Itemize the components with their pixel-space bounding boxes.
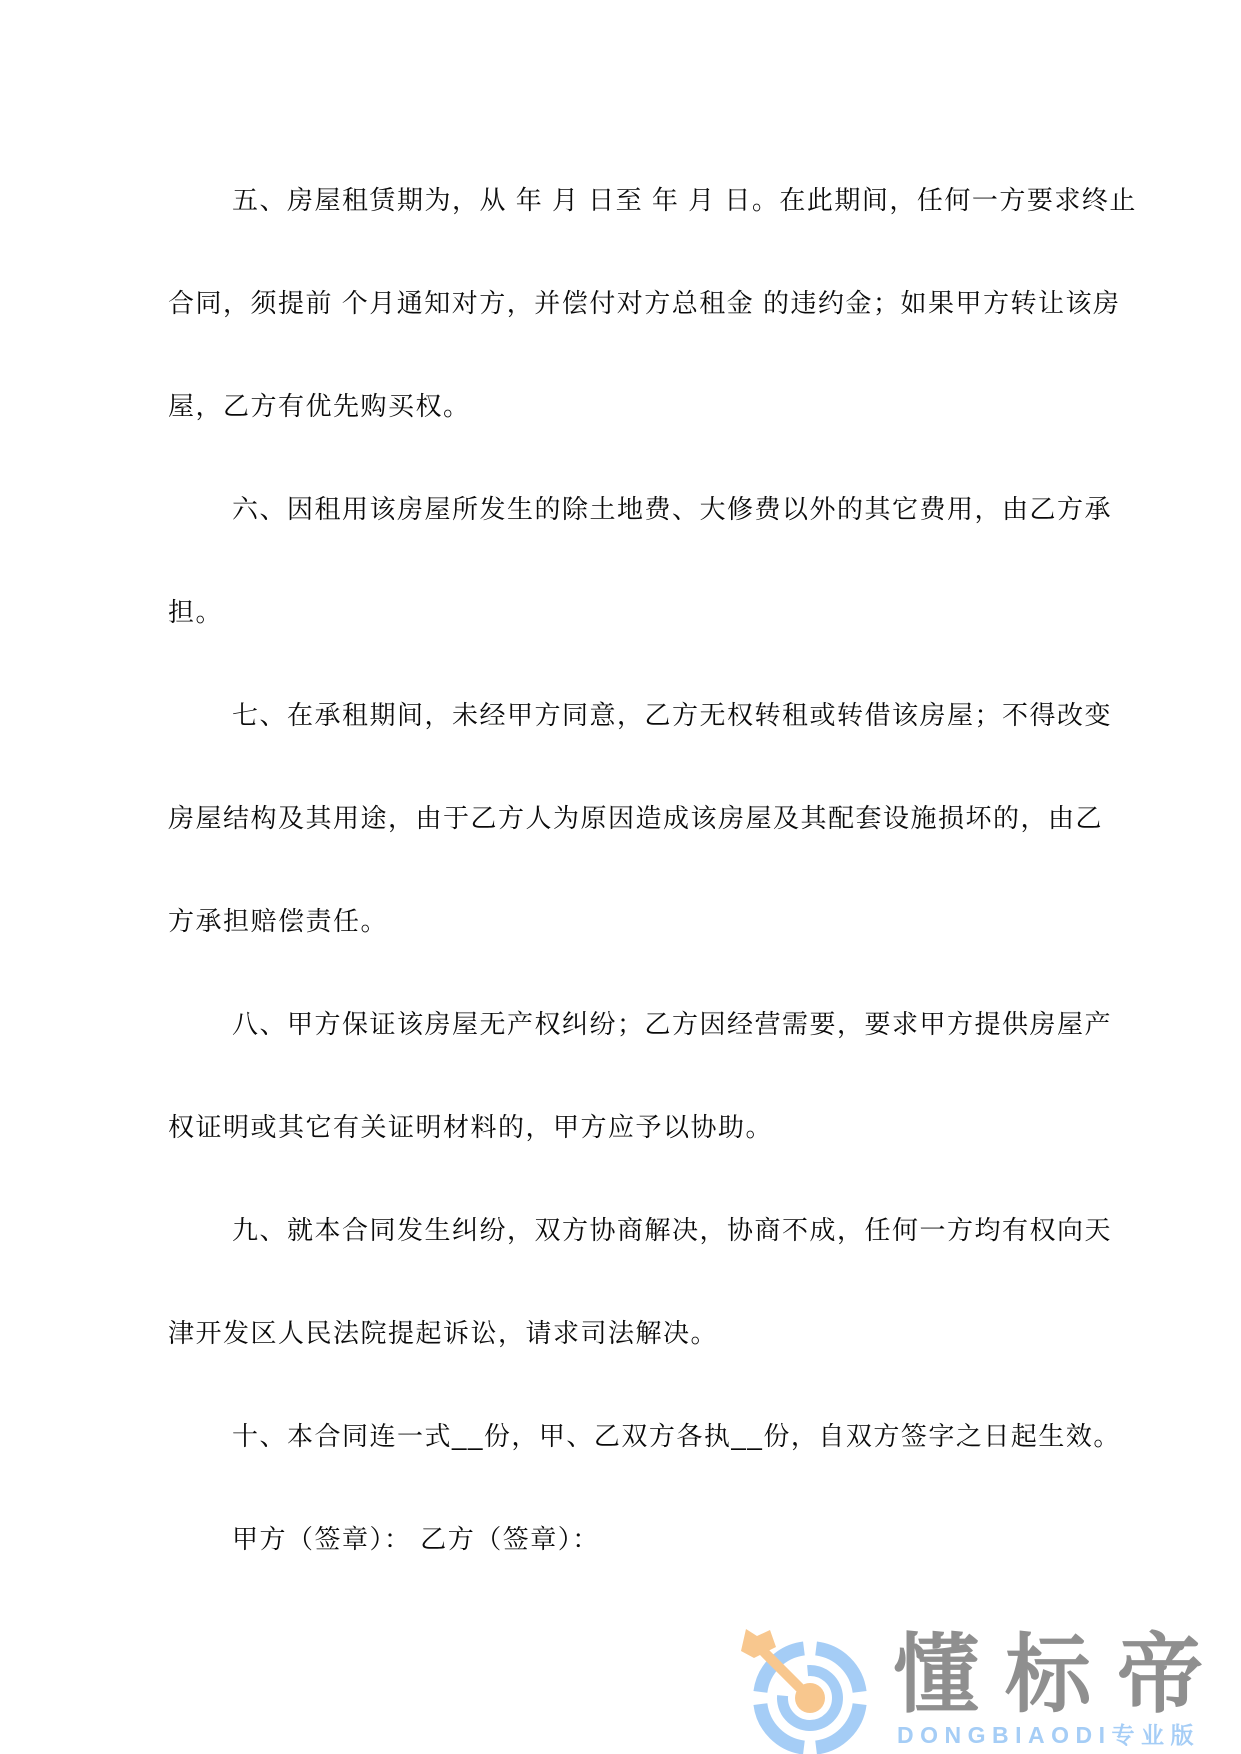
watermark-brand-suffix: 专业版: [1112, 1722, 1201, 1748]
contract-line: 担。: [168, 559, 1118, 662]
watermark-brand-cn: 懂标帝: [893, 1632, 1229, 1718]
contract-line: 十、本合同连一式__份，甲、乙双方各执__份，自双方签字之日起生效。: [168, 1383, 1118, 1486]
contract-line: 七、在承租期间，未经甲方同意，乙方无权转租或转借该房屋；不得改变: [168, 662, 1118, 765]
signature-line: 甲方（签章）： 乙方（签章）：: [168, 1486, 1118, 1589]
contract-line: 五、房屋租赁期为，从 年 月 日至 年 月 日。在此期间，任何一方要求终止: [168, 147, 1118, 250]
contract-line: 屋，乙方有优先购买权。: [168, 353, 1118, 456]
contract-line: 津开发区人民法院提起诉讼，请求司法解决。: [168, 1280, 1118, 1383]
contract-line: 八、甲方保证该房屋无产权纠纷；乙方因经营需要，要求甲方提供房屋产: [168, 971, 1118, 1074]
contract-line: 六、因租用该房屋所发生的除土地费、大修费以外的其它费用，由乙方承: [168, 456, 1118, 559]
contract-line: 房屋结构及其用途，由于乙方人为原因造成该房屋及其配套设施损坏的，由乙: [168, 765, 1118, 868]
contract-line: 权证明或其它有关证明材料的，甲方应予以协助。: [168, 1074, 1118, 1177]
contract-line: 方承担赔偿责任。: [168, 868, 1118, 971]
contract-line: 合同，须提前 个月通知对方，并偿付对方总租金 的违约金；如果甲方转让该房: [168, 250, 1118, 353]
contract-line: 九、就本合同发生纠纷，双方协商解决，协商不成，任何一方均有权向天: [168, 1177, 1118, 1280]
watermark-brand-en-text: DONGBIAODI: [897, 1722, 1112, 1748]
contract-body: 五、房屋租赁期为，从 年 月 日至 年 月 日。在此期间，任何一方要求终止 合同…: [168, 147, 1118, 1589]
watermark-brand-en: DONGBIAODI专业版: [897, 1722, 1200, 1750]
dartboard-arrow-icon: [640, 1598, 880, 1754]
